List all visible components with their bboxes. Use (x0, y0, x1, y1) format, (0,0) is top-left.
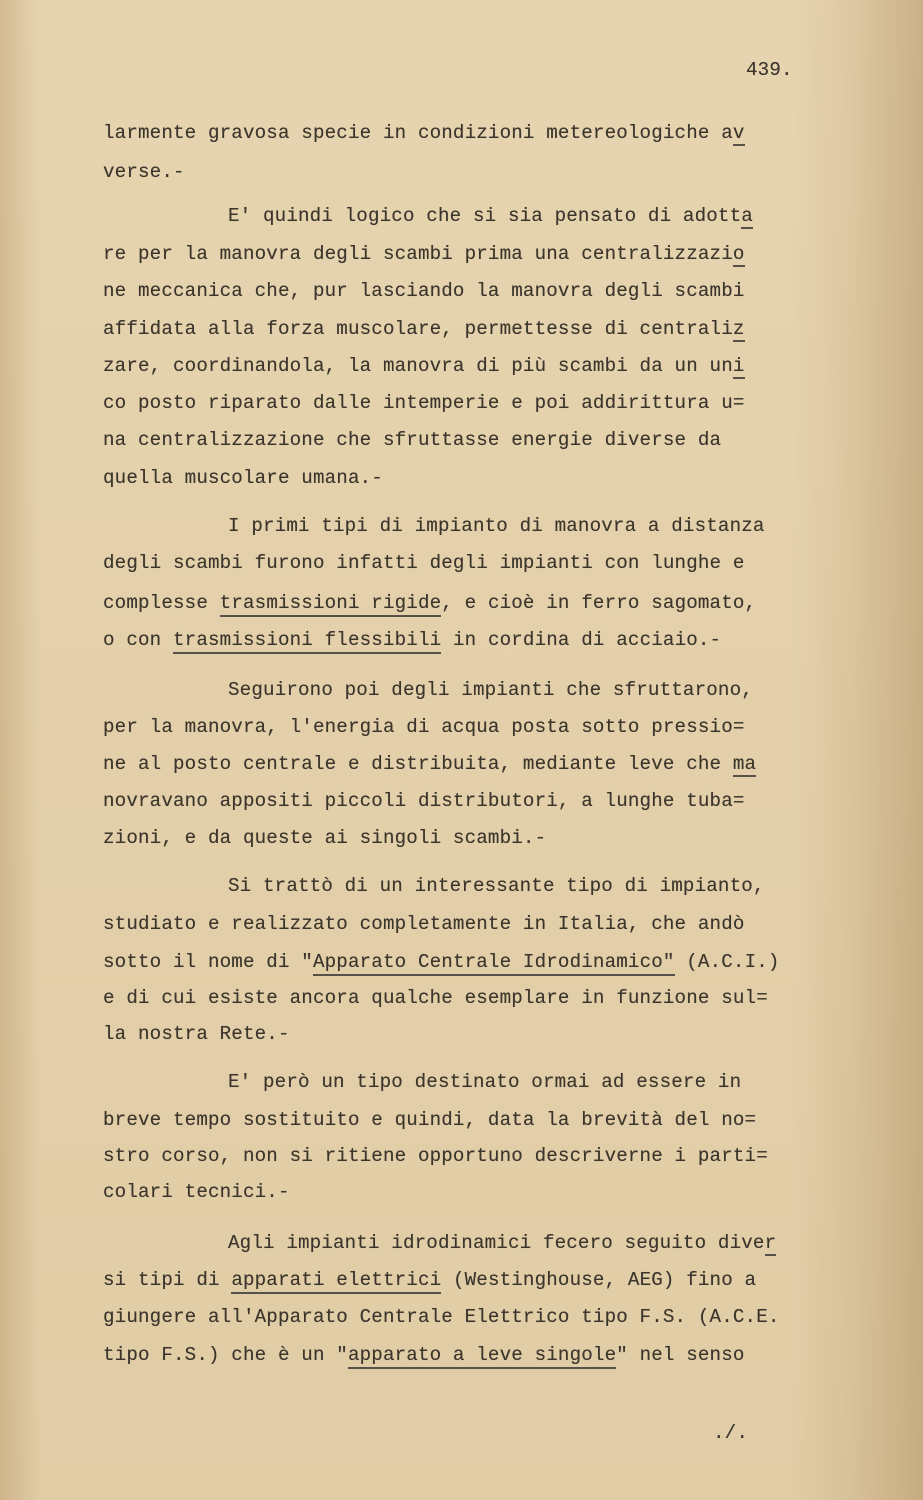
text-segment: affidata alla forza muscolare, permettes… (103, 318, 733, 340)
text-line: larmente gravosa specie in condizioni me… (103, 122, 745, 144)
text-line: affidata alla forza muscolare, permettes… (103, 318, 745, 340)
hyphen-underline-char: r (765, 1232, 777, 1256)
text-segment: stro corso, non si ritiene opportuno des… (103, 1145, 768, 1167)
text-segment: , e cioè in ferro sagomato, (441, 592, 756, 614)
underlined-phrase: apparato a leve singole (348, 1344, 616, 1369)
text-line: la nostra Rete.- (103, 1023, 290, 1045)
text-segment: ne meccanica che, pur lasciando la manov… (103, 280, 745, 302)
text-line: E' quindi logico che si sia pensato di a… (228, 205, 753, 227)
text-segment: giungere all'Apparato Centrale Elettrico… (103, 1306, 780, 1328)
text-line: I primi tipi di impianto di manovra a di… (228, 515, 765, 537)
text-segment: Si trattò di un interessante tipo di imp… (228, 875, 765, 897)
continuation-mark: ./. (713, 1422, 748, 1444)
underlined-phrase: trasmissioni flessibili (173, 629, 441, 654)
text-line: colari tecnici.- (103, 1181, 290, 1203)
text-segment: breve tempo sostituito e quindi, data la… (103, 1109, 756, 1131)
text-line: ne al posto centrale e distribuita, medi… (103, 753, 756, 775)
text-line: per la manovra, l'energia di acqua posta… (103, 716, 745, 738)
text-segment: zioni, e da queste ai singoli scambi.- (103, 827, 546, 849)
text-segment: larmente gravosa specie in condizioni me… (103, 122, 733, 144)
text-line: e di cui esiste ancora qualche esemplare… (103, 987, 768, 1009)
text-segment: E' quindi logico che si sia pensato di a… (228, 205, 741, 227)
text-line: stro corso, non si ritiene opportuno des… (103, 1145, 768, 1167)
typewritten-page: 439. larmente gravosa specie in condizio… (0, 0, 923, 1500)
text-segment: o con (103, 629, 173, 651)
text-segment: sotto il nome di " (103, 951, 313, 973)
text-line: ne meccanica che, pur lasciando la manov… (103, 280, 745, 302)
text-line: complesse trasmissioni rigide, e cioè in… (103, 592, 756, 614)
text-segment: E' però un tipo destinato ormai ad esser… (228, 1071, 741, 1093)
text-line: giungere all'Apparato Centrale Elettrico… (103, 1306, 780, 1328)
text-segment: novravano appositi piccoli distributori,… (103, 790, 745, 812)
text-segment: Seguirono poi degli impianti che sfrutta… (228, 679, 753, 701)
text-segment: per la manovra, l'energia di acqua posta… (103, 716, 745, 738)
text-line: quella muscolare umana.- (103, 467, 383, 489)
text-segment: Agli impianti idrodinamici fecero seguit… (228, 1232, 765, 1254)
text-line: studiato e realizzato completamente in I… (103, 913, 745, 935)
text-line: co posto riparato dalle intemperie e poi… (103, 392, 745, 414)
text-line: o con trasmissioni flessibili in cordina… (103, 629, 721, 651)
text-segment: ne al posto centrale e distribuita, medi… (103, 753, 733, 775)
text-segment: na centralizzazione che sfruttasse energ… (103, 429, 721, 451)
text-segment: la nostra Rete.- (103, 1023, 290, 1045)
text-segment: re per la manovra degli scambi prima una… (103, 243, 733, 265)
text-segment: I primi tipi di impianto di manovra a di… (228, 515, 765, 537)
text-line: zioni, e da queste ai singoli scambi.- (103, 827, 546, 849)
page-number: 439. (746, 59, 793, 81)
text-segment: tipo F.S.) che è un " (103, 1344, 348, 1366)
text-segment: degli scambi furono infatti degli impian… (103, 552, 745, 574)
text-segment: studiato e realizzato completamente in I… (103, 913, 745, 935)
underlined-phrase: apparati elettrici (231, 1269, 441, 1294)
text-line: zare, coordinandola, la manovra di più s… (103, 355, 745, 377)
text-line: na centralizzazione che sfruttasse energ… (103, 429, 721, 451)
text-line: Agli impianti idrodinamici fecero seguit… (228, 1232, 776, 1254)
underlined-phrase: Apparato Centrale Idrodinamico" (313, 951, 675, 976)
text-segment: e di cui esiste ancora qualche esemplare… (103, 987, 768, 1009)
text-segment: " nel senso (616, 1344, 744, 1366)
text-line: Seguirono poi degli impianti che sfrutta… (228, 679, 753, 701)
text-segment: si tipi di (103, 1269, 231, 1291)
hyphen-underline-char: z (733, 318, 745, 342)
text-line: degli scambi furono infatti degli impian… (103, 552, 745, 574)
text-segment: co posto riparato dalle intemperie e poi… (103, 392, 745, 414)
text-segment: in cordina di acciaio.- (441, 629, 721, 651)
text-line: E' però un tipo destinato ormai ad esser… (228, 1071, 741, 1093)
hyphen-underline-char: o (733, 243, 745, 267)
text-segment: verse.- (103, 161, 185, 183)
text-line: tipo F.S.) che è un "apparato a leve sin… (103, 1344, 745, 1366)
text-segment: complesse (103, 592, 220, 614)
hyphen-underline-char: v (733, 122, 745, 146)
text-line: sotto il nome di "Apparato Centrale Idro… (103, 951, 780, 973)
text-line: verse.- (103, 161, 185, 183)
text-line: re per la manovra degli scambi prima una… (103, 243, 745, 265)
text-segment: (A.C.I.) (675, 951, 780, 973)
text-line: breve tempo sostituito e quindi, data la… (103, 1109, 756, 1131)
hyphen-underline-char: i (733, 355, 745, 379)
text-segment: quella muscolare umana.- (103, 467, 383, 489)
text-segment: colari tecnici.- (103, 1181, 290, 1203)
underlined-phrase: trasmissioni rigide (220, 592, 442, 617)
text-segment: (Westinghouse, AEG) fino a (441, 1269, 756, 1291)
hyphen-underline-char: a (741, 205, 753, 229)
hyphen-underline-char: ma (733, 753, 756, 777)
text-segment: zare, coordinandola, la manovra di più s… (103, 355, 733, 377)
text-line: Si trattò di un interessante tipo di imp… (228, 875, 765, 897)
text-line: novravano appositi piccoli distributori,… (103, 790, 745, 812)
text-line: si tipi di apparati elettrici (Westingho… (103, 1269, 756, 1291)
